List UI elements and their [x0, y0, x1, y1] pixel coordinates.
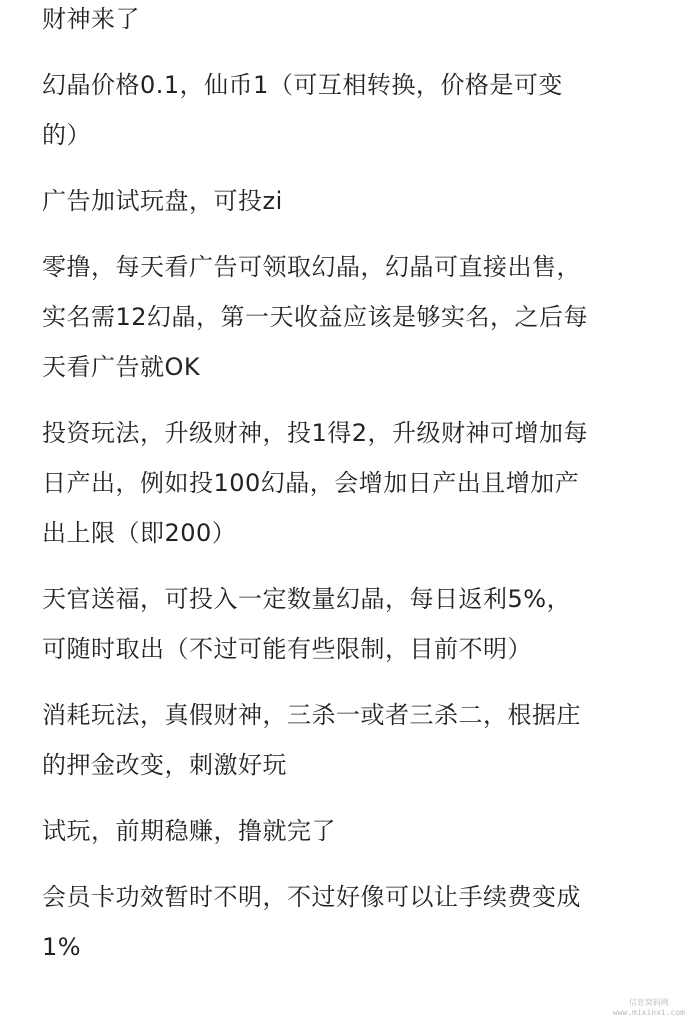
text-line: 的）	[42, 110, 662, 160]
text-line: 天官送福，可投入一定数量幻晶，每日返利5%，	[42, 574, 662, 624]
text-line: 实名需12幻晶，第一天收益应该是够实名，之后每	[42, 292, 662, 342]
text-line: 的押金改变，刺激好玩	[42, 740, 662, 790]
text-line: 1%	[42, 922, 662, 972]
text-line: 出上限（即200）	[42, 508, 662, 558]
paragraph-membership: 会员卡功效暂时不明，不过好像可以让手续费变成 1%	[42, 872, 662, 972]
text-line: 幻晶价格0.1，仙币1（可互相转换，价格是可变	[42, 60, 662, 110]
text-line: 日产出，例如投100幻晶，会增加日产出且增加产	[42, 458, 662, 508]
paragraph-trial: 试玩，前期稳赚，撸就完了	[42, 806, 662, 856]
text-line: 消耗玩法，真假财神，三杀一或者三杀二，根据庄	[42, 690, 662, 740]
paragraph-investment: 投资玩法，升级财神，投1得2，升级财神可增加每 日产出，例如投100幻晶，会增加…	[42, 408, 662, 558]
text-line: 会员卡功效暂时不明，不过好像可以让手续费变成	[42, 872, 662, 922]
paragraph-consumption: 消耗玩法，真假财神，三杀一或者三杀二，根据庄 的押金改变，刺激好玩	[42, 690, 662, 790]
paragraph-ads-trial: 广告加试玩盘，可投zi	[42, 176, 662, 226]
text-line: 投资玩法，升级财神，投1得2，升级财神可增加每	[42, 408, 662, 458]
text-line: 天看广告就OK	[42, 342, 662, 392]
document-body: 财神来了 幻晶价格0.1，仙币1（可互相转换，价格是可变 的） 广告加试玩盘，可…	[42, 0, 662, 988]
paragraph-title: 财神来了	[42, 0, 662, 44]
text-line: 零撸，每天看广告可领取幻晶，幻晶可直接出售，	[42, 242, 662, 292]
watermark: 信息窝码网 www.mixinxi.com	[613, 998, 685, 1018]
paragraph-blessing: 天官送福，可投入一定数量幻晶，每日返利5%， 可随时取出（不过可能有些限制，目前…	[42, 574, 662, 674]
paragraph-price: 幻晶价格0.1，仙币1（可互相转换，价格是可变 的）	[42, 60, 662, 160]
text-line: 试玩，前期稳赚，撸就完了	[42, 806, 662, 856]
text-line: 广告加试玩盘，可投zi	[42, 176, 662, 226]
watermark-url: www.mixinxi.com	[613, 1008, 685, 1018]
paragraph-zero-cost: 零撸，每天看广告可领取幻晶，幻晶可直接出售， 实名需12幻晶，第一天收益应该是够…	[42, 242, 662, 392]
text-line: 财神来了	[42, 0, 662, 44]
watermark-title: 信息窝码网	[613, 998, 685, 1008]
text-line: 可随时取出（不过可能有些限制，目前不明）	[42, 624, 662, 674]
